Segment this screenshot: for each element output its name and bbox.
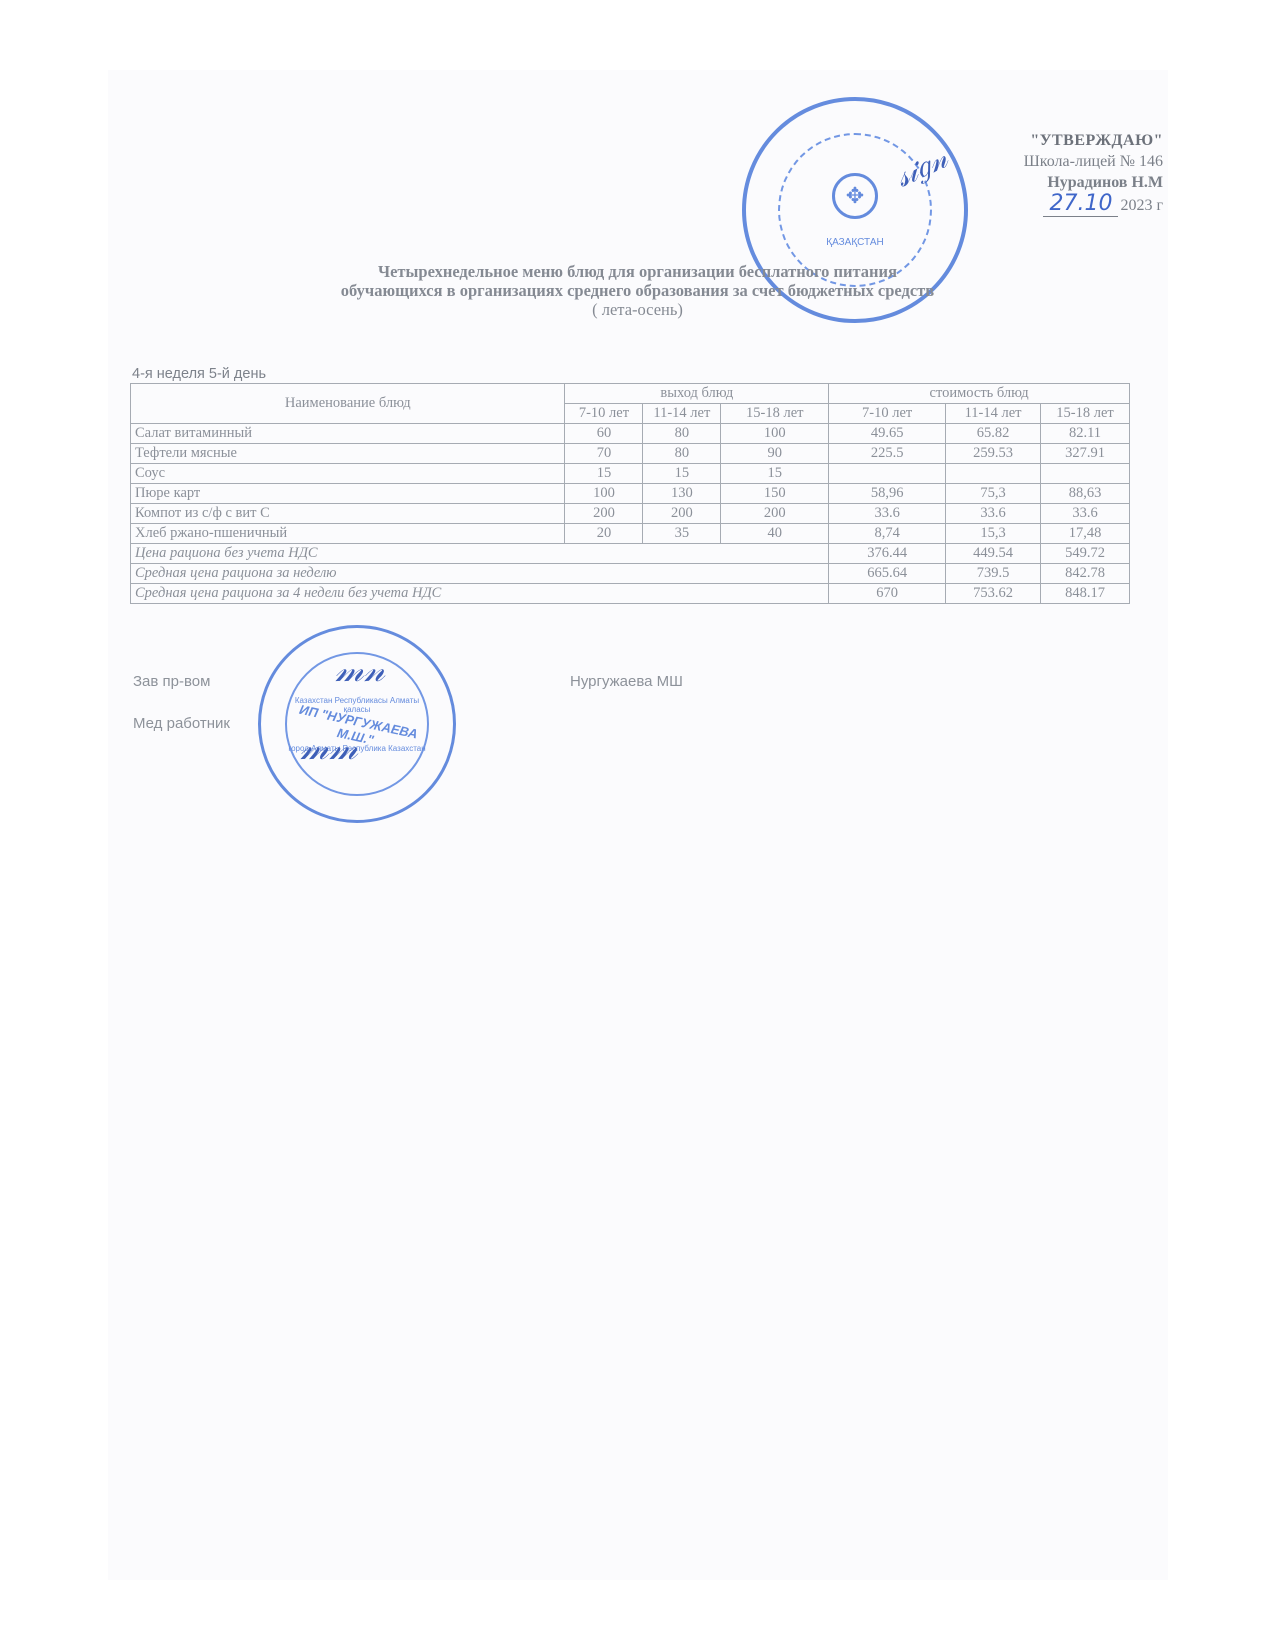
- cost-cell: 327.91: [1041, 444, 1130, 464]
- output-cell: 15: [643, 464, 721, 484]
- output-cell: 100: [721, 424, 829, 444]
- cost-cell: 82.11: [1041, 424, 1130, 444]
- summary-row: Цена рациона без учета НДС376.44449.5454…: [131, 544, 1130, 564]
- approval-heading: "УТВЕРЖДАЮ": [1024, 130, 1163, 151]
- summary-label: Средная цена рациона за 4 недели без уче…: [131, 584, 829, 604]
- output-cell: 90: [721, 444, 829, 464]
- medic-signature: 𝓂𝓂: [300, 728, 358, 768]
- table-row: Хлеб ржано-пшеничный2035408,7415,317,48: [131, 524, 1130, 544]
- dish-name-cell: Пюре карт: [131, 484, 565, 504]
- header-output-age-3: 15-18 лет: [721, 404, 829, 424]
- cost-cell: 58,96: [829, 484, 946, 504]
- title-season: ( лета-осень): [0, 300, 1275, 319]
- menu-table: Наименование блюд выход блюд стоимость б…: [130, 383, 1130, 604]
- output-cell: 200: [565, 504, 643, 524]
- output-cell: 80: [643, 444, 721, 464]
- summary-value: 549.72: [1041, 544, 1130, 564]
- approver-name: Нурадинов Н.М: [1024, 172, 1163, 193]
- dish-name-cell: Хлеб ржано-пшеничный: [131, 524, 565, 544]
- summary-row: Средная цена рациона за неделю665.64739.…: [131, 564, 1130, 584]
- output-cell: 15: [565, 464, 643, 484]
- output-cell: 200: [721, 504, 829, 524]
- cost-cell: 15,3: [946, 524, 1041, 544]
- week-day-label: 4-я неделя 5-й день: [132, 366, 266, 382]
- dish-name-cell: Салат витаминный: [131, 424, 565, 444]
- approval-date: 27.102023 г: [1043, 193, 1163, 216]
- cost-cell: 49.65: [829, 424, 946, 444]
- cost-cell: 75,3: [946, 484, 1041, 504]
- output-cell: 80: [643, 424, 721, 444]
- cost-cell: 33.6: [1041, 504, 1130, 524]
- header-cost: стоимость блюд: [829, 384, 1130, 404]
- table-row: Пюре карт10013015058,9675,388,63: [131, 484, 1130, 504]
- summary-value: 449.54: [946, 544, 1041, 564]
- output-cell: 35: [643, 524, 721, 544]
- output-cell: 200: [643, 504, 721, 524]
- approver-position: Школа-лицей № 146: [1024, 151, 1163, 172]
- summary-label: Цена рациона без учета НДС: [131, 544, 829, 564]
- approval-year: 2023 г: [1120, 197, 1163, 214]
- dish-name-cell: Соус: [131, 464, 565, 484]
- cost-cell: [946, 464, 1041, 484]
- output-cell: 70: [565, 444, 643, 464]
- cost-cell: 65.82: [946, 424, 1041, 444]
- header-output: выход блюд: [565, 384, 829, 404]
- summary-value: 670: [829, 584, 946, 604]
- output-cell: 130: [643, 484, 721, 504]
- output-cell: 60: [565, 424, 643, 444]
- cost-cell: 33.6: [829, 504, 946, 524]
- table-row: Соус151515: [131, 464, 1130, 484]
- medic-label: Мед работник: [133, 715, 230, 732]
- summary-row: Средная цена рациона за 4 недели без уче…: [131, 584, 1130, 604]
- summary-value: 665.64: [829, 564, 946, 584]
- dish-name-cell: Тефтели мясные: [131, 444, 565, 464]
- cost-cell: 17,48: [1041, 524, 1130, 544]
- table-row: Тефтели мясные708090225.5259.53327.91: [131, 444, 1130, 464]
- manager-signature: 𝓂𝓃: [335, 650, 385, 690]
- emblem-icon: ✥: [832, 173, 878, 219]
- summary-value: 848.17: [1041, 584, 1130, 604]
- manager-label: Зав пр-вом: [133, 673, 210, 690]
- header-output-age-1: 7-10 лет: [565, 404, 643, 424]
- table-row: Компот из с/ф с вит С20020020033.633.633…: [131, 504, 1130, 524]
- header-cost-age-1: 7-10 лет: [829, 404, 946, 424]
- summary-value: 753.62: [946, 584, 1041, 604]
- handwritten-date: 27.10: [1043, 191, 1118, 217]
- output-cell: 20: [565, 524, 643, 544]
- cost-cell: 8,74: [829, 524, 946, 544]
- title-line-2: обучающихся в организациях среднего обра…: [0, 281, 1275, 300]
- header-dish-name: Наименование блюд: [131, 384, 565, 424]
- cost-cell: [829, 464, 946, 484]
- header-output-age-2: 11-14 лет: [643, 404, 721, 424]
- header-cost-age-3: 15-18 лет: [1041, 404, 1130, 424]
- output-cell: 40: [721, 524, 829, 544]
- output-cell: 100: [565, 484, 643, 504]
- output-cell: 150: [721, 484, 829, 504]
- manager-name: Нургужаева МШ: [570, 673, 683, 690]
- cost-cell: 33.6: [946, 504, 1041, 524]
- title-line-1: Четырехнедельное меню блюд для организац…: [0, 262, 1275, 281]
- header-cost-age-2: 11-14 лет: [946, 404, 1041, 424]
- summary-label: Средная цена рациона за неделю: [131, 564, 829, 584]
- approval-block: "УТВЕРЖДАЮ" Школа-лицей № 146 Нурадинов …: [1024, 130, 1163, 216]
- seal-country-text: ҚАЗАҚСТАН: [826, 237, 883, 248]
- cost-cell: 225.5: [829, 444, 946, 464]
- cost-cell: [1041, 464, 1130, 484]
- cost-cell: 259.53: [946, 444, 1041, 464]
- table-row: Салат витаминный608010049.6565.8282.11: [131, 424, 1130, 444]
- summary-value: 842.78: [1041, 564, 1130, 584]
- document-title: Четырехнедельное меню блюд для организац…: [0, 262, 1275, 319]
- summary-value: 739.5: [946, 564, 1041, 584]
- dish-name-cell: Компот из с/ф с вит С: [131, 504, 565, 524]
- summary-value: 376.44: [829, 544, 946, 564]
- cost-cell: 88,63: [1041, 484, 1130, 504]
- output-cell: 15: [721, 464, 829, 484]
